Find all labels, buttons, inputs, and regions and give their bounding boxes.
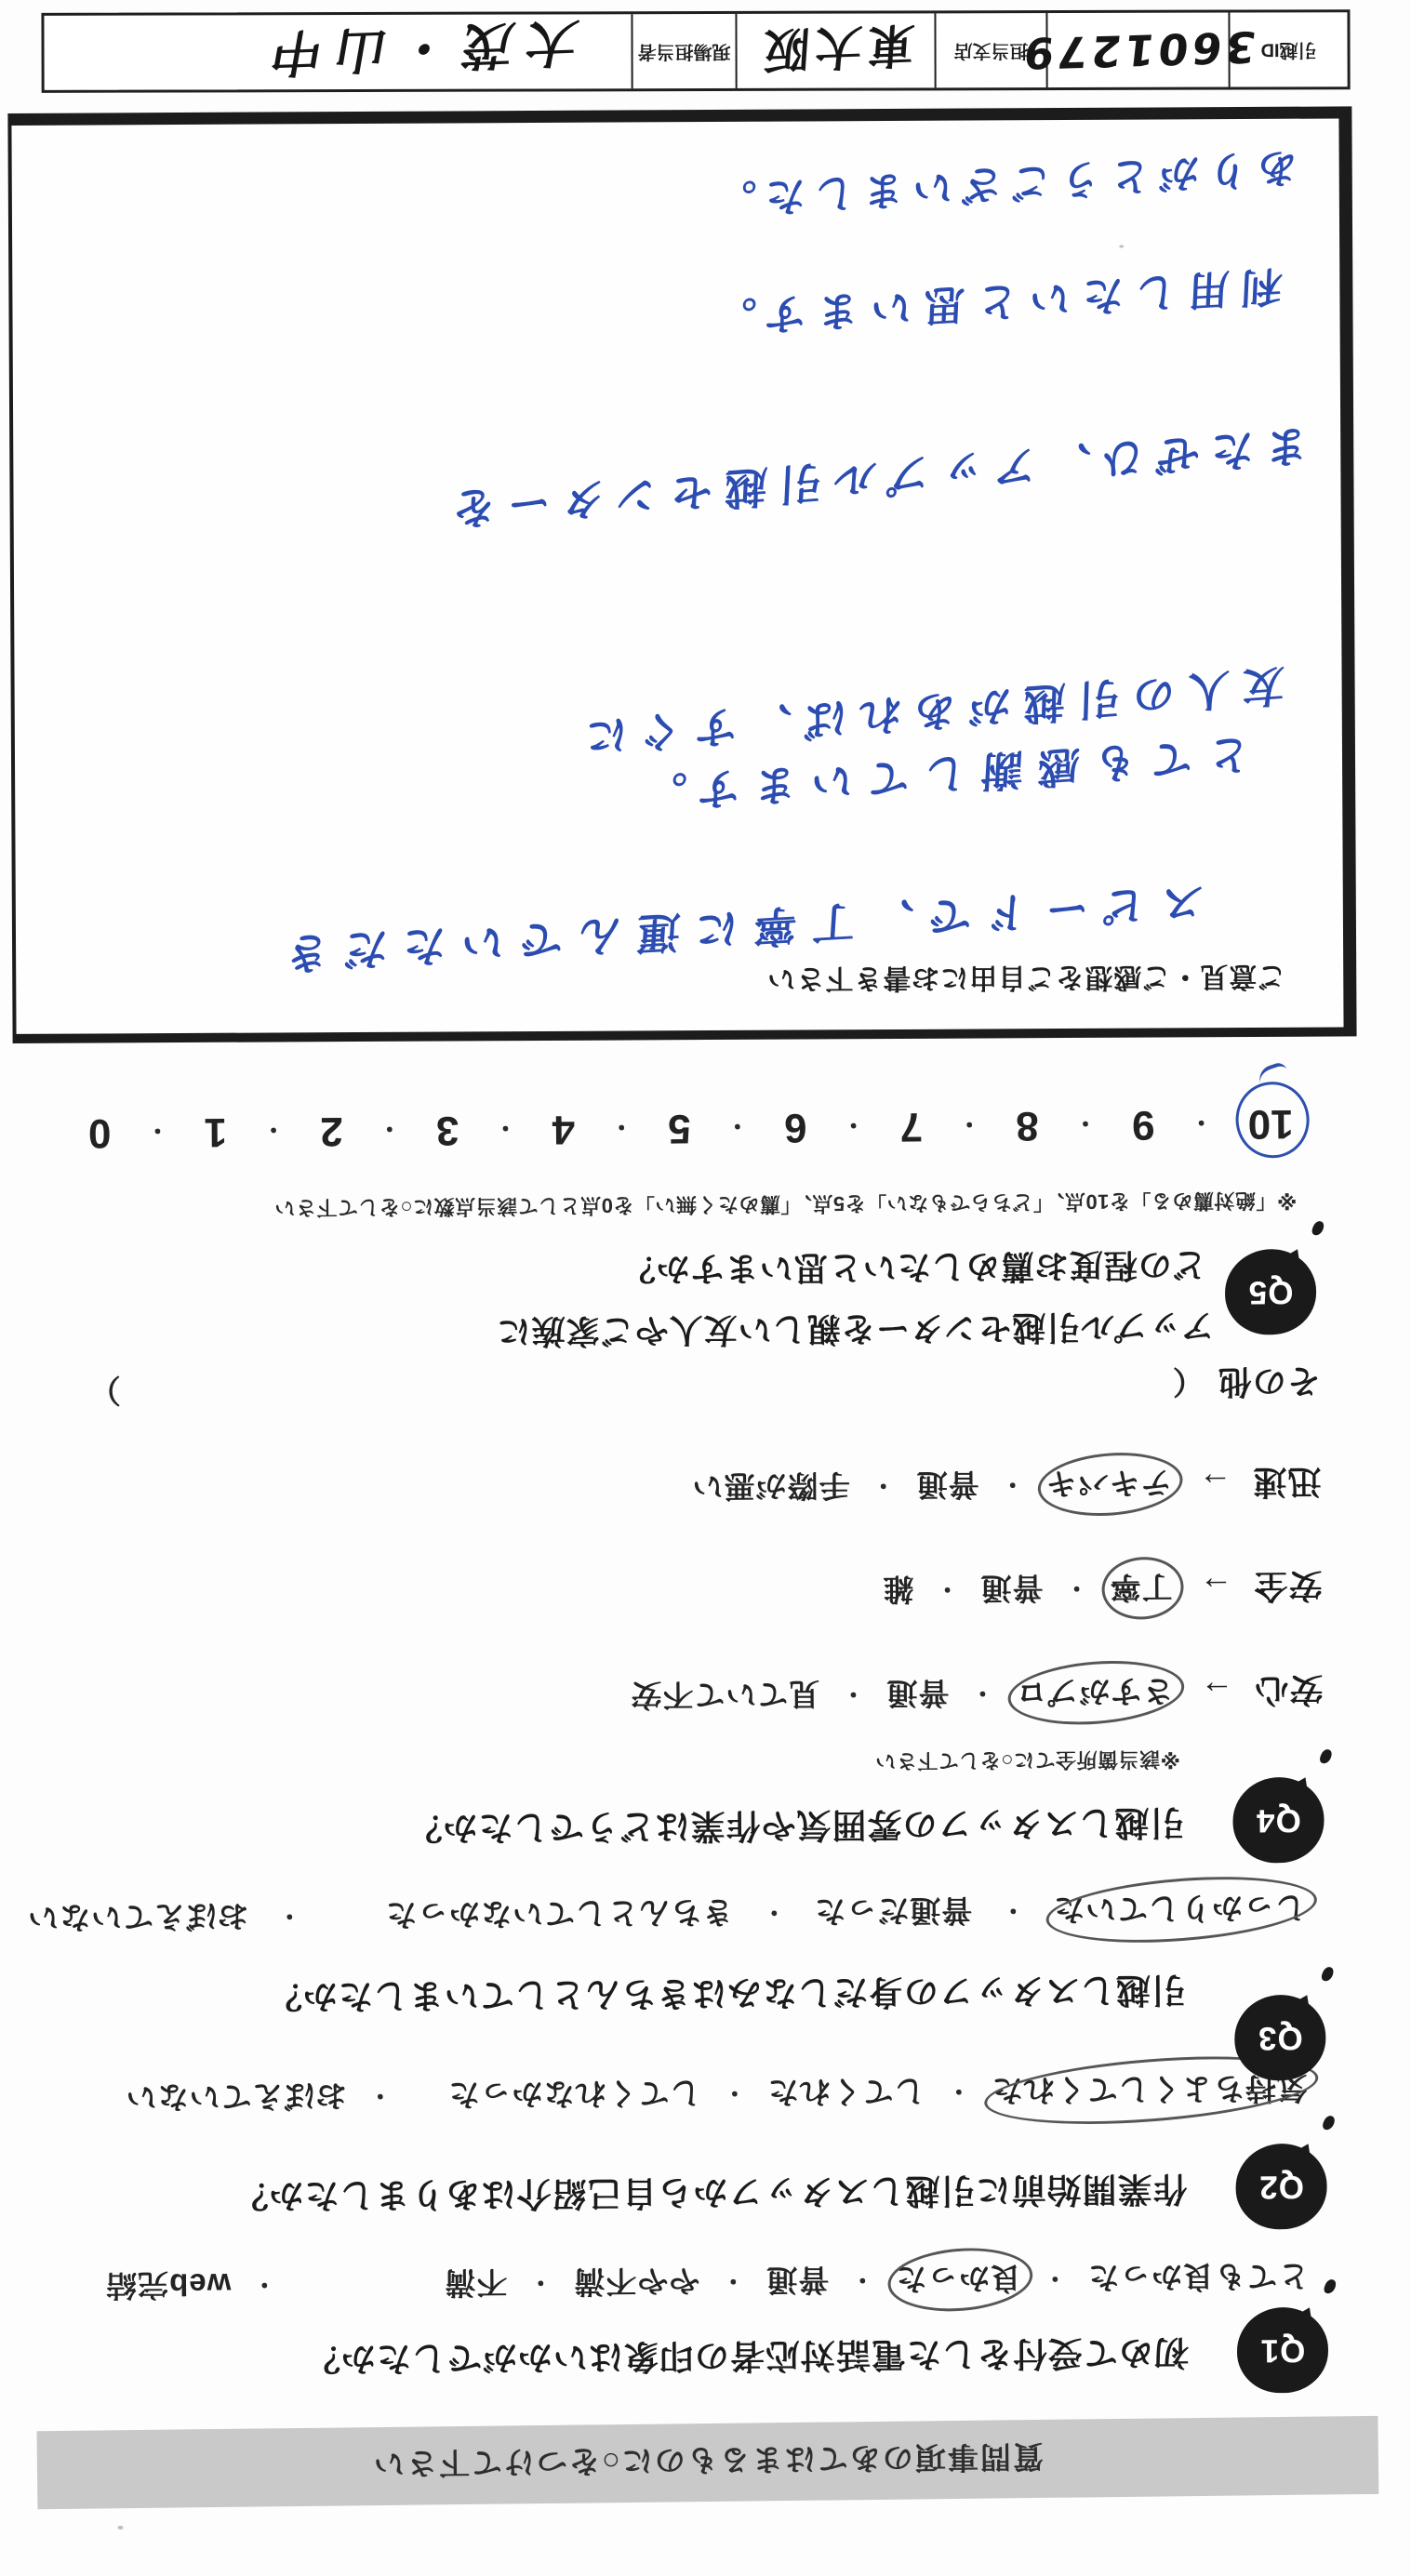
q4-option-circled: さすがプロ: [1015, 1671, 1173, 1716]
q4-row-anzen: 安全 → 丁寧 ・ 普通 ・ 雑: [882, 1564, 1322, 1615]
comment-box: ご意見・ご感想をご自由にお書き下さい スピードで、丁寧に運んでいただき とても感…: [7, 106, 1356, 1043]
paren-open: （: [1172, 1361, 1205, 1407]
option-separator: ・: [849, 2264, 874, 2299]
q1-option: web完結: [105, 2264, 232, 2309]
option-separator: ・: [251, 2269, 276, 2304]
q4-option: 普通: [979, 1568, 1043, 1613]
q2-title: 作業開始前に引越しスタッフから自己紹介はありましたか？: [233, 2167, 1187, 2224]
option-separator: ・: [722, 2078, 747, 2112]
q3-options: しっかりしていた ・ 普通だった ・ きちんとしていなかった ・ おぼえていない: [27, 1888, 1306, 1942]
q5-score: 5: [668, 1105, 691, 1151]
q5-score-circled: 10: [1247, 1100, 1293, 1147]
q4-option: 丁寧: [1109, 1570, 1172, 1605]
q3-badge-label: Q3: [1258, 2019, 1303, 2056]
footer-cell-value: 大茂・山中: [44, 14, 631, 90]
move-id-value: 3601279: [1018, 21, 1258, 78]
option-separator: ・: [725, 1110, 750, 1145]
q4-option: 雑: [882, 1569, 913, 1613]
q2-badge: Q2: [1235, 2144, 1327, 2230]
option-separator: ・: [957, 1109, 981, 1143]
option-separator: ・: [276, 1900, 301, 1934]
footer-cell-value: 東大阪: [735, 13, 934, 88]
footer-id-table: 引越ID 3601279 担当支店 東大阪 現場担当者 大茂・山中: [41, 9, 1350, 93]
q4-option: 普通: [885, 1673, 949, 1718]
q5-score: 6: [784, 1104, 807, 1150]
q4-row-label: 安全: [1236, 1564, 1322, 1613]
q5-title-line1: アップル引越センターを親しい友人やご家族に: [497, 1305, 1215, 1358]
q4-option: 見ていて不安: [630, 1674, 819, 1720]
branch-value: 東大阪: [755, 15, 916, 87]
arrow-icon: →: [1198, 1465, 1232, 1504]
option-separator: ・: [527, 2266, 552, 2301]
q1-option: やや不満: [573, 2261, 699, 2305]
q4-badge: Q4: [1232, 1777, 1324, 1864]
arrow-icon: →: [1198, 1569, 1232, 1608]
q4-row-label: 迅速: [1235, 1460, 1321, 1508]
option-separator: ・: [1189, 1107, 1213, 1141]
option-separator: ・: [871, 1469, 896, 1504]
move-id-label: 引越ID: [1258, 39, 1321, 60]
q4-row-label: 安心: [1237, 1668, 1323, 1717]
q1-option: とても良かった: [1087, 2256, 1309, 2302]
option-separator: ・: [609, 1111, 633, 1146]
option-separator: ・: [1000, 1894, 1025, 1929]
q4-row-other: その他 （ ）: [88, 1360, 1321, 1416]
option-separator: ・: [367, 2080, 393, 2115]
option-separator: ・: [145, 1115, 169, 1149]
q4-other-label: その他: [1218, 1360, 1321, 1408]
arrow-icon: →: [1199, 1673, 1233, 1712]
scan-speck: [117, 2526, 123, 2530]
q5-title-line2: どの程度お薦めしたいと思いますか？: [621, 1243, 1206, 1295]
q1-title: 初めて受付をした電話対応者の印象はいかがでしたか？: [305, 2330, 1189, 2387]
q4-option: 手際が悪い: [691, 1466, 849, 1510]
option-separator: ・: [969, 1678, 994, 1712]
option-separator: ・: [493, 1112, 517, 1147]
option-separator: ・: [1042, 2263, 1067, 2297]
q4-option: テキパキ: [1045, 1466, 1172, 1501]
handwritten-comment-line: ありがとうございました。: [705, 141, 1298, 232]
q5-score: 10: [1247, 1101, 1293, 1147]
staff-name-value: 大茂・山中: [252, 10, 583, 94]
q5-score: 8: [1016, 1102, 1039, 1149]
q2-option: してくれた: [767, 2071, 925, 2116]
footer-cell-value: 3601279: [1045, 13, 1228, 88]
q2-options: 気持ちよくしてくれた ・ してくれた ・ してくれなかった ・ おぼえていない: [126, 2068, 1308, 2121]
q5-score: 9: [1132, 1101, 1155, 1148]
scan-speck: [1119, 245, 1124, 247]
q4-option: 普通: [915, 1465, 978, 1509]
q1-option-circled: 良かった: [895, 2258, 1021, 2303]
q2-option: おぼえていない: [126, 2076, 347, 2121]
option-separator: ・: [841, 1109, 865, 1144]
q3-option: しっかりしていた: [1053, 1891, 1306, 1927]
staff-label: 現場担当者: [634, 40, 735, 61]
q4-other-blank: [121, 1385, 1172, 1393]
option-separator: ・: [378, 1113, 402, 1148]
q2-badge-label: Q2: [1258, 2168, 1304, 2205]
q4-option-circled: 丁寧: [1109, 1567, 1172, 1612]
q5-score: 4: [552, 1106, 575, 1152]
option-separator: ・: [934, 1573, 959, 1608]
footer-cell-label: 現場担当者: [631, 14, 735, 88]
q4-option-circled: テキパキ: [1045, 1463, 1171, 1507]
q4-note: ※該当箇所全てに○をして下さい: [875, 1746, 1180, 1777]
option-separator: ・: [720, 2265, 745, 2300]
q5-score: 0: [88, 1109, 112, 1156]
q5-score: 3: [436, 1107, 459, 1153]
q3-badge: Q3: [1234, 1995, 1326, 2081]
q3-option: 普通だった: [814, 1891, 972, 1935]
q4-row-anshin: 安心 → さすがプロ ・ 普通 ・ 見ていて不安: [630, 1668, 1323, 1721]
q1-badge: Q1: [1237, 2307, 1329, 2394]
option-separator: ・: [840, 1679, 865, 1713]
q1-badge-label: Q1: [1259, 2331, 1305, 2369]
q1-option: 不満: [444, 2263, 507, 2307]
q5-score: 1: [204, 1109, 227, 1155]
form-title-bar: 質問事項のあてはまるものに○をつけて下さい: [36, 2416, 1378, 2509]
q4-title: 引越しスタッフの雰囲気や作業はどうでしたか？: [406, 1800, 1184, 1857]
handwritten-comment-line: 利用したいと思います。: [701, 259, 1283, 352]
q1-option: 普通: [765, 2260, 829, 2304]
q5-badge-label: Q5: [1248, 1273, 1294, 1310]
q5-note: ※「絶対薦める」を10点、「どちらでもない」を5点、「薦めたく無い」を0点として…: [274, 1187, 1298, 1224]
q3-title: 引越しスタッフの身だしなみはきちんとしていましたか？: [267, 1968, 1186, 2025]
q4-badge-label: Q4: [1256, 1801, 1301, 1839]
scanned-survey-sheet: 質問事項のあてはまるものに○をつけて下さい Q1 初めて受付をした電話対応者の印…: [0, 0, 1411, 2576]
q4-option: さすがプロ: [1015, 1674, 1173, 1709]
q3-option-circled: しっかりしていた: [1053, 1888, 1306, 1933]
q5-score: 2: [320, 1108, 343, 1154]
form-content: 質問事項のあてはまるものに○をつけて下さい Q1 初めて受付をした電話対応者の印…: [0, 0, 1411, 2576]
option-separator: ・: [1063, 1573, 1088, 1607]
option-separator: ・: [261, 1114, 286, 1149]
q5-badge: Q5: [1225, 1249, 1317, 1335]
comment-box-label: ご意見・ご感想をご自由にお書き下さい: [766, 959, 1285, 1003]
q1-options: とても良かった ・ 良かった ・ 普通 ・ やや不満 ・ 不満 ・ web完結: [105, 2256, 1310, 2309]
paren-close: ）: [88, 1370, 121, 1415]
q4-row-jinsoku: 迅速 → テキパキ ・ 普通 ・ 手際が悪い: [691, 1460, 1321, 1512]
option-separator: ・: [761, 1896, 786, 1931]
q5-score-scale: 10 ・ 9 ・ 8 ・ 7 ・ 6 ・ 5 ・ 4 ・ 3 ・ 2 ・ 1 ・…: [87, 1100, 1293, 1156]
q1-option: 良かった: [895, 2261, 1021, 2296]
q3-option: おぼえていない: [27, 1896, 248, 1942]
q5-score: 7: [899, 1103, 923, 1149]
q3-option: きちんとしていなかった: [385, 1892, 733, 1939]
handwritten-comment-line: またぜひ、アップル引越センターを: [439, 417, 1310, 544]
option-separator: ・: [1000, 1468, 1025, 1503]
option-separator: ・: [1073, 1108, 1098, 1142]
option-separator: ・: [946, 2076, 971, 2110]
q2-option: してくれなかった: [448, 2073, 701, 2118]
form-title: 質問事項のあてはまるものに○をつけて下さい: [372, 2437, 1044, 2488]
